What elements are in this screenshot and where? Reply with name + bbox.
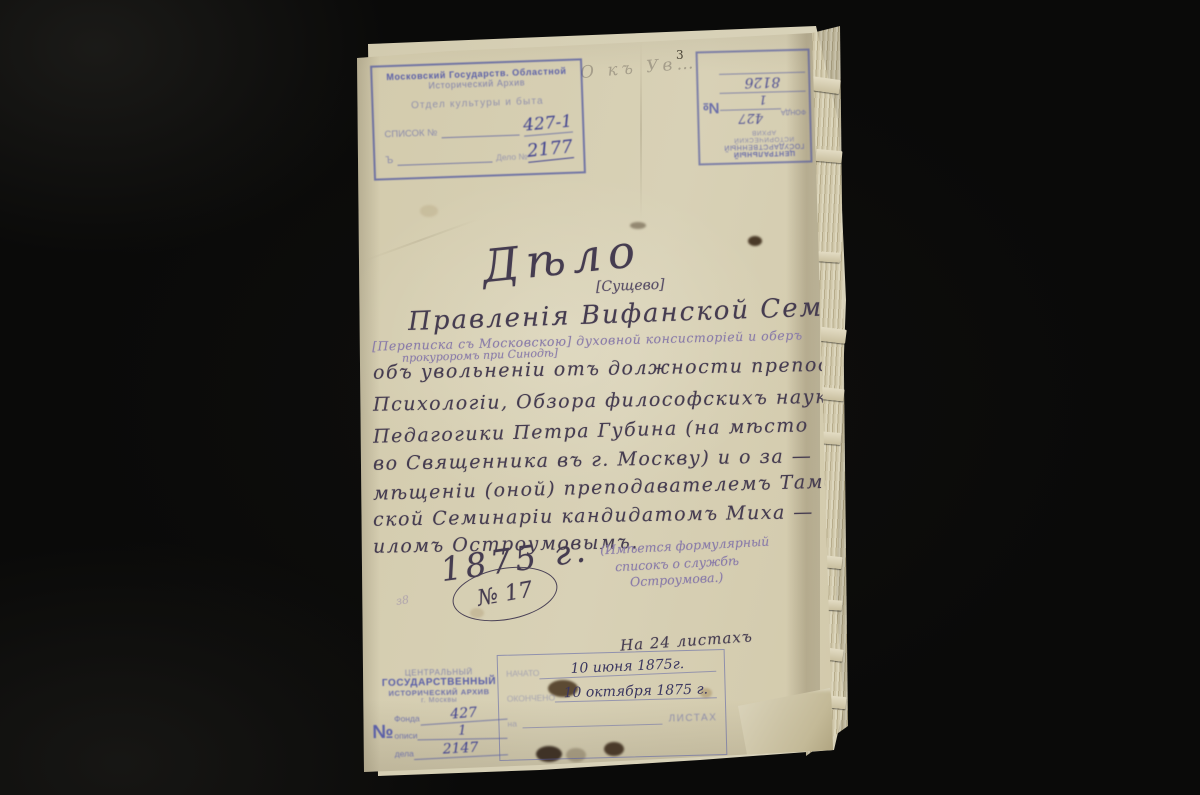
title-line: Правленія Вифанской Семинаріи [408, 289, 927, 337]
document-cover: О къ Ув… 3 з8 Московский Государств. Обл… [0, 0, 1200, 795]
finished-date: 10 октября 1875 г. [555, 681, 717, 702]
page-edge-tab [816, 149, 843, 163]
faint-pencil-mark: з8 [395, 593, 410, 608]
opis-number-value: 1 [417, 723, 507, 741]
delo-number-value: 8126 [719, 72, 805, 91]
delo-number-value: 2147 [413, 738, 508, 760]
title-line: ской Семинаріи кандидатомъ Миха — [373, 501, 808, 531]
photo-backdrop: О къ Ув… 3 з8 Московский Государств. Обл… [0, 0, 1200, 795]
started-date: 10 июня 1875г. [539, 655, 716, 680]
crease-line [364, 219, 477, 262]
stamp-archive-bottom-left: ЦЕНТРАЛЬНЫЙ ГОСУДАРСТВЕННЫЙ ИСТОРИЧЕСКИЙ… [371, 667, 508, 759]
stamp-line: Отдел культуры и быта [377, 95, 577, 113]
title-line: Психологіи, Обзора философскихъ наукъ и [373, 386, 808, 416]
stamp-field-label: Ъ [385, 155, 393, 166]
stamp-field-label: Фонда [394, 713, 420, 723]
page-edge-tab [818, 251, 841, 263]
stamp-line: ИСТОРИЧЕСКИЙ АРХИВ [721, 128, 807, 144]
title-line: Педагогики Петра Губина (на мѣсто [373, 414, 808, 447]
stamp-archive-top-right-inverted: ЦЕНТРАЛЬНЫЙ ГОСУДАРСТВЕННЫЙ ИСТОРИЧЕСКИЙ… [696, 49, 813, 166]
case-number: № 17 [475, 577, 534, 611]
number-sign: № [372, 707, 395, 759]
sheets-label: ЛИСТАХ [668, 712, 717, 724]
na-label: на [507, 718, 517, 728]
title-line: во Священника въ г. Москву) и о за — [373, 445, 808, 475]
title-line: мѣщеніи (оной) преподавателемъ Тамбов — [373, 471, 808, 504]
opis-number-value: 1 [720, 91, 806, 108]
stamp-field-label: дела [395, 748, 414, 758]
title-insert: [Сущево] [596, 277, 665, 295]
register-form-box: НАЧАТО 10 июня 1875г. ОКОНЧЕНО 10 октябр… [497, 649, 728, 761]
case-number-value: 2177 [526, 136, 574, 163]
stamp-field-label: Дело № [496, 151, 528, 162]
started-label: НАЧАТО [506, 668, 540, 679]
number-sign: № [701, 56, 722, 160]
finished-label: ОКОНЧЕНО [507, 692, 556, 703]
stamp-field-label: СПИСОК № [384, 127, 437, 140]
ink-blot [748, 236, 762, 246]
stamp-archive-top-left: Московский Государств. Областной Историч… [370, 58, 586, 180]
stamp-field-label: ФОНДА [781, 108, 806, 116]
list-number-value: 427-1 [522, 111, 573, 136]
fond-number-value: 427 [720, 108, 781, 126]
folded-corner [730, 688, 840, 763]
foxing-spot [420, 205, 438, 217]
folio-number: 3 [676, 48, 684, 62]
stamp-field-label: описи [394, 730, 417, 740]
